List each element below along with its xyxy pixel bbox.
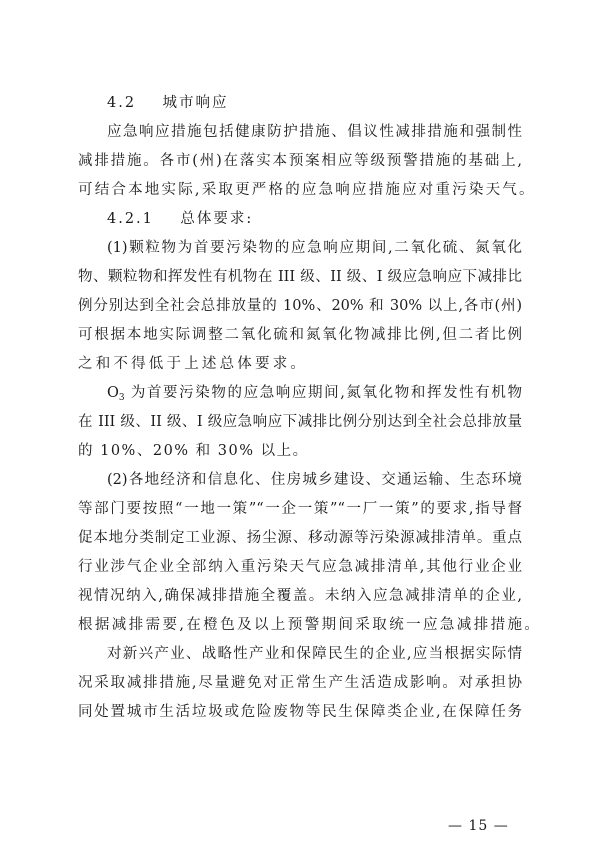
paragraph-line: 在 III 级、II 级、I 级应急响应下减排比例分别达到全社会总排放量 — [78, 413, 522, 431]
intro-line: 可结合本地实际,采取更严格的应急响应措施应对重污染天气。 — [78, 181, 522, 199]
ozone-symbol: O — [107, 385, 119, 401]
paragraph-line: O3 为首要污染物的应急响应期间,氮氧化物和挥发性有机物 — [107, 384, 522, 407]
paragraph-line: 同处置城市生活垃圾或危险废物等民生保障类企业,在保障任务 — [78, 703, 522, 721]
document-page: 4.2 城市响应 应急响应措施包括健康防护措施、倡议性减排措施和强制性 减排措施… — [0, 0, 600, 848]
subsection-heading: 4.2.1 总体要求: — [107, 210, 522, 228]
paragraph-line: 况采取减排措施,尽量避免对正常生产生活造成影响。对承担协 — [78, 674, 522, 692]
paragraph-line: 物、颗粒物和挥发性有机物在 III 级、II 级、I 级应急响应下减排比 — [78, 268, 522, 286]
intro-line: 减排措施。各市(州)在落实本预案相应等级预警措施的基础上, — [78, 152, 522, 170]
intro-line: 应急响应措施包括健康防护措施、倡议性减排措施和强制性 — [107, 123, 522, 141]
subsection-number: 4.2.1 — [107, 211, 154, 227]
paragraph-line: (2)各地经济和信息化、住房城乡建设、交通运输、生态环境 — [107, 471, 522, 489]
paragraph-line: 视情况纳入,确保减排措施全覆盖。未纳入应急减排清单的企业, — [78, 587, 522, 605]
paragraph-line: 可根据本地实际调整二氧化硫和氮氧化物减排比例,但二者比例 — [78, 326, 522, 344]
subsection-title: 总体要求: — [180, 211, 253, 227]
paragraph-line: 对新兴产业、战略性产业和保障民生的企业,应当根据实际情 — [107, 645, 522, 663]
paragraph-text: 为首要污染物的应急响应期间,氮氧化物和挥发性有机物 — [125, 385, 522, 401]
section-title: 城市响应 — [163, 95, 229, 111]
section-heading: 4.2 城市响应 — [107, 94, 522, 112]
section-number: 4.2 — [107, 95, 136, 111]
paragraph-line: 例分别达到全社会总排放量的 10%、20% 和 30% 以上,各市(州) — [78, 297, 522, 315]
paragraph-line: 等部门要按照“一地一策”“一企一策”“一厂一策”的要求,指导督 — [78, 500, 522, 518]
paragraph-line: 促本地分类制定工业源、扬尘源、移动源等污染源减排清单。重点 — [78, 529, 522, 547]
paragraph-line: 根据减排需要,在橙色及以上预警期间采取统一应急减排措施。 — [78, 616, 522, 634]
paragraph-line: 行业涉气企业全部纳入重污染天气应急减排清单,其他行业企业 — [78, 558, 522, 576]
paragraph-line: 之和不得低于上述总体要求。 — [78, 355, 522, 373]
paragraph-line: 的 10%、20% 和 30% 以上。 — [78, 442, 522, 460]
paragraph-line: (1)颗粒物为首要污染物的应急响应期间,二氧化硫、氮氧化 — [107, 239, 522, 257]
page-number: — 15 — — [448, 818, 509, 834]
